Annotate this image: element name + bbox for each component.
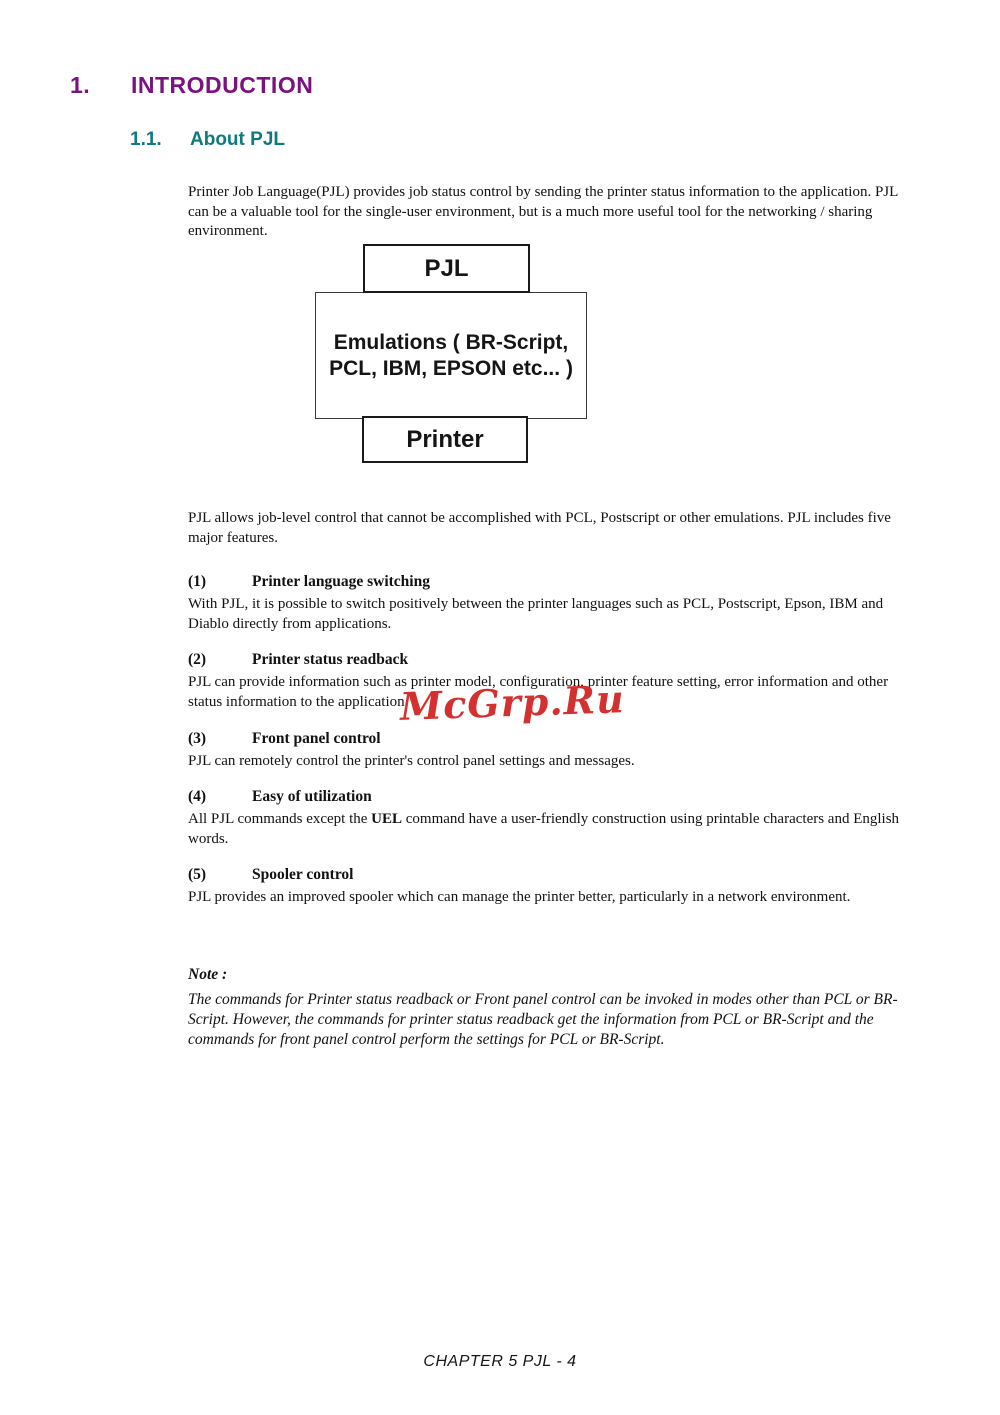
diagram-emulations-box: Emulations ( BR-Script, PCL, IBM, EPSON … (315, 292, 587, 419)
subsection-heading: 1.1. About PJL (130, 129, 285, 151)
section-title: INTRODUCTION (131, 72, 313, 99)
feature-title: Printer status readback (252, 649, 408, 670)
feature-number: (1) (188, 571, 252, 592)
printer-label: Printer (406, 426, 483, 454)
subsection-title: About PJL (190, 129, 285, 151)
feature-title: Printer language switching (252, 571, 430, 592)
feature-item-5: (5) Spooler control PJL provides an impr… (188, 864, 924, 908)
feature-body: PJL can remotely control the printer's c… (188, 752, 924, 772)
pjl-label: PJL (424, 255, 468, 283)
emulations-label-line2: PCL, IBM, EPSON etc... ) (329, 356, 573, 382)
feature-item-3: (3) Front panel control PJL can remotely… (188, 728, 924, 772)
diagram-printer-box: Printer (362, 416, 528, 463)
uel-command-keyword: UEL (371, 811, 402, 827)
subsection-number: 1.1. (130, 129, 190, 151)
feature-heading: (3) Front panel control (188, 728, 924, 749)
features-intro-paragraph: PJL allows job-level control that cannot… (188, 509, 920, 548)
document-page: 1. INTRODUCTION 1.1. About PJL Printer J… (0, 0, 1000, 1415)
feature-heading: (1) Printer language switching (188, 571, 924, 592)
feature-title: Easy of utilization (252, 786, 372, 807)
emulations-label-line1: Emulations ( BR-Script, (334, 330, 569, 356)
feature-number: (5) (188, 864, 252, 885)
feature-number: (3) (188, 728, 252, 749)
feature-item-4: (4) Easy of utilization All PJL commands… (188, 786, 924, 849)
mcgrp-watermark: McGrp.Ru (399, 676, 625, 729)
note-body: The commands for Printer status readback… (188, 990, 928, 1050)
feature-heading: (5) Spooler control (188, 864, 924, 885)
feature-body: PJL provides an improved spooler which c… (188, 888, 924, 908)
feature-body: With PJL, it is possible to switch posit… (188, 595, 924, 634)
section-heading: 1. INTRODUCTION (70, 72, 313, 99)
feature-heading: (2) Printer status readback (188, 649, 924, 670)
feature-item-1: (1) Printer language switching With PJL,… (188, 571, 924, 634)
feature-body-pre: All PJL commands except the (188, 811, 371, 827)
feature-title: Front panel control (252, 728, 381, 749)
feature-body: All PJL commands except the UEL command … (188, 810, 924, 849)
diagram-pjl-box: PJL (363, 244, 530, 293)
feature-heading: (4) Easy of utilization (188, 786, 924, 807)
feature-number: (2) (188, 649, 252, 670)
section-number: 1. (70, 72, 131, 99)
page-footer: CHAPTER 5 PJL - 4 (0, 1353, 1000, 1371)
feature-number: (4) (188, 786, 252, 807)
intro-paragraph: Printer Job Language(PJL) provides job s… (188, 183, 920, 242)
feature-title: Spooler control (252, 864, 353, 885)
note-label: Note : (188, 966, 227, 984)
